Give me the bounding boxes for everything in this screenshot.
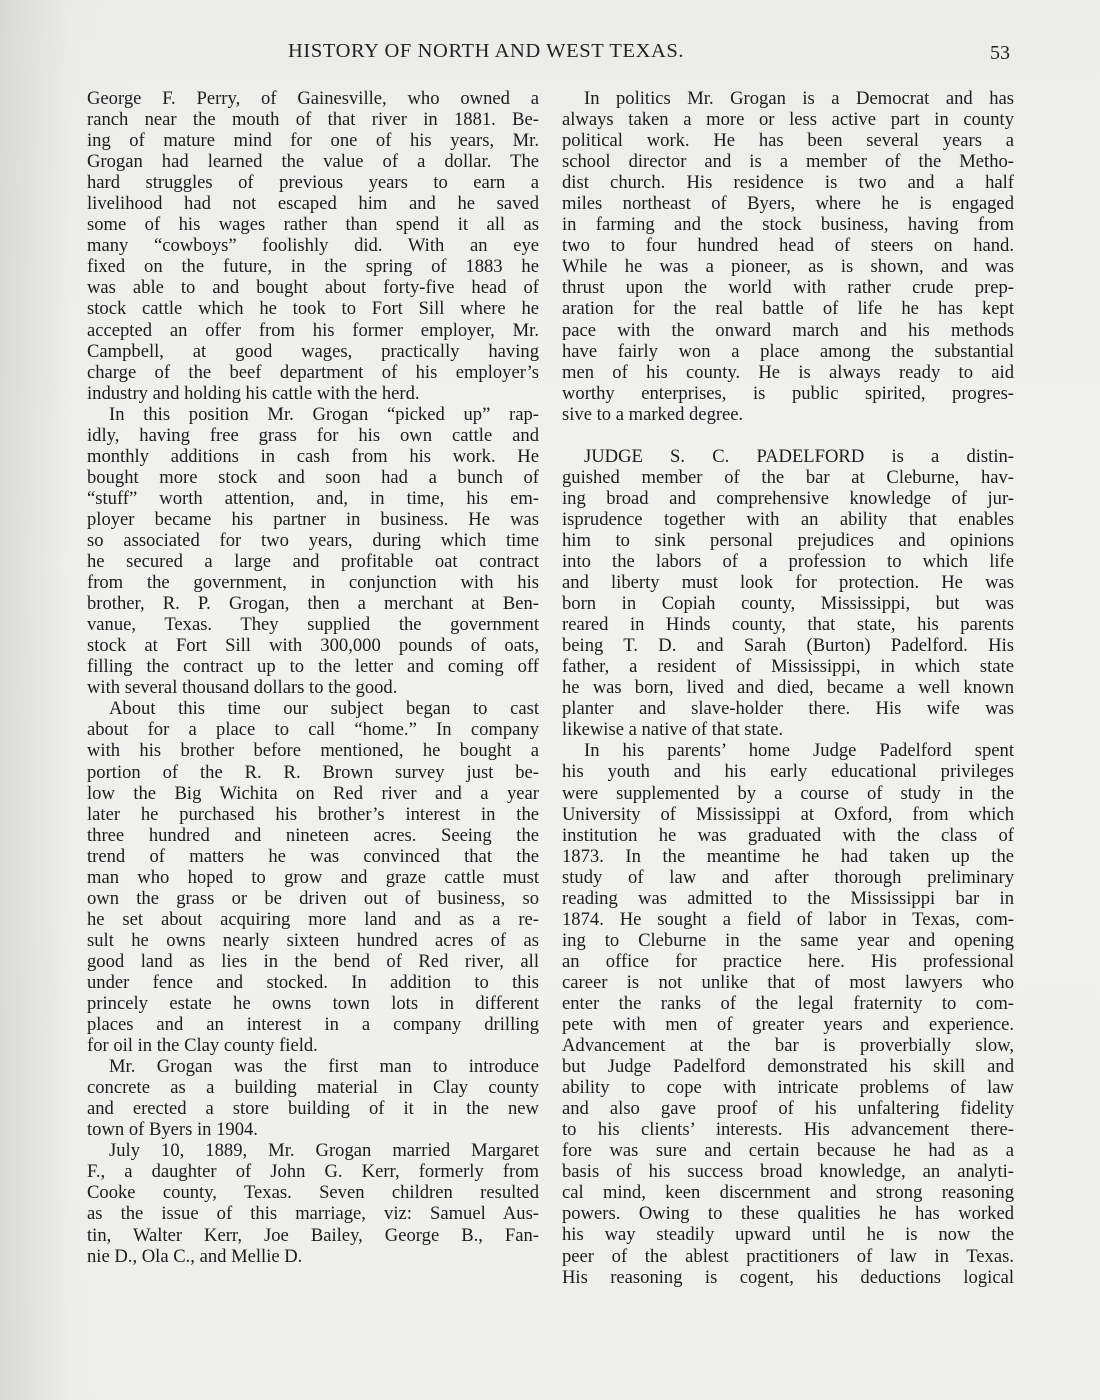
text-line: in farming and the stock business, havin… (562, 214, 1014, 235)
text-line: was able to and bought about forty-five … (87, 277, 539, 298)
text-line: reared in Hinds county, that state, his … (562, 614, 1014, 635)
text-line: concrete as a building material in Clay … (87, 1077, 539, 1098)
page-number: 53 (990, 42, 1010, 65)
text-line: and also gave proof of his unfaltering f… (562, 1098, 1014, 1119)
text-line: study of law and after thorough prelimin… (562, 867, 1014, 888)
text-line: nie D., Ola C., and Mellie D. (87, 1246, 539, 1267)
paragraph: About this time our subject began to cas… (87, 698, 539, 1056)
text-line: thrust upon the world with rather crude … (562, 277, 1014, 298)
text-line: About this time our subject began to cas… (87, 698, 539, 719)
text-line: as the issue of this marriage, viz: Samu… (87, 1203, 539, 1224)
text-line: fore was sure and certain because he had… (562, 1140, 1014, 1161)
text-line: but Judge Padelford demonstrated his ski… (562, 1056, 1014, 1077)
text-line: trend of matters he was convinced that t… (87, 846, 539, 867)
text-line: tin, Walter Kerr, Joe Bailey, George B.,… (87, 1225, 539, 1246)
text-line: ployer became his partner in business. H… (87, 509, 539, 530)
text-line: have fairly won a place among the substa… (562, 341, 1014, 362)
text-line: industry and holding his cattle with the… (87, 383, 539, 404)
text-line: institution he was graduated with the cl… (562, 825, 1014, 846)
text-line: worthy enterprises, is public spirited, … (562, 383, 1014, 404)
text-line: charge of the beef department of his emp… (87, 362, 539, 383)
text-line: In this position Mr. Grogan “picked up” … (87, 404, 539, 425)
text-line: University of Mississippi at Oxford, fro… (562, 804, 1014, 825)
text-line: F., a daughter of John G. Kerr, formerly… (87, 1161, 539, 1182)
text-line: own the grass or be driven out of busine… (87, 888, 539, 909)
text-line: and erected a store building of it in th… (87, 1098, 539, 1119)
paragraph: In politics Mr. Grogan is a Democrat and… (562, 88, 1014, 425)
paragraph: Mr. Grogan was the first man to introduc… (87, 1056, 539, 1140)
paragraph: George F. Perry, of Gainesville, who own… (87, 88, 539, 404)
text-line: idly, having free grass for his own catt… (87, 425, 539, 446)
running-title: HISTORY OF NORTH AND WEST TEXAS. (288, 40, 684, 63)
text-line: always taken a more or less active part … (562, 109, 1014, 130)
text-line: hard struggles of previous years to earn… (87, 172, 539, 193)
text-line: miles northeast of Byers, where he is en… (562, 193, 1014, 214)
text-line: George F. Perry, of Gainesville, who own… (87, 88, 539, 109)
text-line: his way steadily upward until he is now … (562, 1224, 1014, 1245)
text-line: cal mind, keen discernment and strong re… (562, 1182, 1014, 1203)
text-line: While he was a pioneer, as is shown, and… (562, 256, 1014, 277)
text-line: being T. D. and Sarah (Burton) Padelford… (562, 635, 1014, 656)
text-line: political work. He has been several year… (562, 130, 1014, 151)
text-line: with his brother before mentioned, he bo… (87, 740, 539, 761)
text-line: man who hoped to grow and graze cattle m… (87, 867, 539, 888)
text-line: from the government, in conjunction with… (87, 572, 539, 593)
text-line: reading was admitted to the Mississippi … (562, 888, 1014, 909)
text-line: him to sink personal prejudices and opin… (562, 530, 1014, 551)
running-head: HISTORY OF NORTH AND WEST TEXAS. 53 (0, 40, 1100, 70)
paragraph: In his parents’ home Judge Padelford spe… (562, 740, 1014, 1287)
text-line: enter the ranks of the legal fraternity … (562, 993, 1014, 1014)
text-line: two to four hundred head of steers on ha… (562, 235, 1014, 256)
text-line: sult he owns nearly sixteen hundred acre… (87, 930, 539, 951)
text-line: good land as lies in the bend of Red riv… (87, 951, 539, 972)
text-line: In his parents’ home Judge Padelford spe… (562, 740, 1014, 761)
text-line: for oil in the Clay county field. (87, 1035, 539, 1056)
text-line: July 10, 1889, Mr. Grogan married Margar… (87, 1140, 539, 1161)
text-line: bought more stock and soon had a bunch o… (87, 467, 539, 488)
text-line: and liberty must look for protection. He… (562, 572, 1014, 593)
text-line: Cooke county, Texas. Seven children resu… (87, 1182, 539, 1203)
paragraph: July 10, 1889, Mr. Grogan married Margar… (87, 1140, 539, 1266)
text-line: 1874. He sought a field of labor in Texa… (562, 909, 1014, 930)
text-line: dist church. His residence is two and a … (562, 172, 1014, 193)
text-line: pete with men of greater years and exper… (562, 1014, 1014, 1035)
text-line: princely estate he owns town lots in dif… (87, 993, 539, 1014)
paragraph: In this position Mr. Grogan “picked up” … (87, 404, 539, 699)
text-line: “stuff” worth attention, and, in time, h… (87, 488, 539, 509)
text-line: later he purchased his brother’s interes… (87, 804, 539, 825)
text-line: portion of the R. R. Brown survey just b… (87, 762, 539, 783)
text-line: 1873. In the meantime he had taken up th… (562, 846, 1014, 867)
text-line: he was born, lived and died, became a we… (562, 677, 1014, 698)
text-line: three hundred and nineteen acres. Seeing… (87, 825, 539, 846)
text-line: filling the contract up to the letter an… (87, 656, 539, 677)
text-line: men of his county. He is always ready to… (562, 362, 1014, 383)
text-line: under fence and stocked. In addition to … (87, 972, 539, 993)
text-line: so associated for two years, during whic… (87, 530, 539, 551)
text-line: pace with the onward march and his metho… (562, 320, 1014, 341)
text-line: career is not unlike that of most lawyer… (562, 972, 1014, 993)
paragraph-gap (562, 425, 1014, 446)
text-line: he set about acquiring more land and as … (87, 909, 539, 930)
text-line: ing broad and comprehensive knowledge of… (562, 488, 1014, 509)
paragraph: JUDGE S. C. PADELFORD is a distin-guishe… (562, 446, 1014, 741)
text-line: an office for practice here. His profess… (562, 951, 1014, 972)
text-line: stock at Fort Sill with 300,000 pounds o… (87, 635, 539, 656)
text-line: he secured a large and profitable oat co… (87, 551, 539, 572)
text-line: Grogan had learned the value of a dollar… (87, 151, 539, 172)
text-line: likewise a native of that state. (562, 719, 1014, 740)
text-line: JUDGE S. C. PADELFORD is a distin- (562, 446, 1014, 467)
text-line: accepted an offer from his former employ… (87, 320, 539, 341)
text-line: sive to a marked degree. (562, 404, 1014, 425)
text-line: Campbell, at good wages, practically hav… (87, 341, 539, 362)
text-line: his youth and his early educational priv… (562, 761, 1014, 782)
text-line: stock cattle which he took to Fort Sill … (87, 298, 539, 319)
text-line: some of his wages rather than spend it a… (87, 214, 539, 235)
text-line: vanue, Texas. They supplied the governme… (87, 614, 539, 635)
text-line: ranch near the mouth of that river in 18… (87, 109, 539, 130)
text-line: ability to cope with intricate problems … (562, 1077, 1014, 1098)
text-line: low the Big Wichita on Red river and a y… (87, 783, 539, 804)
right-column: In politics Mr. Grogan is a Democrat and… (562, 88, 1014, 1288)
text-line: born in Copiah county, Mississippi, but … (562, 593, 1014, 614)
text-line: Advancement at the bar is proverbially s… (562, 1035, 1014, 1056)
text-line: aration for the real battle of life he h… (562, 298, 1014, 319)
text-line: town of Byers in 1904. (87, 1119, 539, 1140)
text-line: planter and slave-holder there. His wife… (562, 698, 1014, 719)
text-line: powers. Owing to these qualities he has … (562, 1203, 1014, 1224)
text-line: livelihood had not escaped him and he sa… (87, 193, 539, 214)
text-line: Mr. Grogan was the first man to introduc… (87, 1056, 539, 1077)
text-line: to his clients’ interests. His advanceme… (562, 1119, 1014, 1140)
text-line: many “cowboys” foolishly did. With an ey… (87, 235, 539, 256)
text-line: His reasoning is cogent, his deductions … (562, 1267, 1014, 1288)
book-page: HISTORY OF NORTH AND WEST TEXAS. 53 Geor… (0, 0, 1100, 1400)
text-line: guished member of the bar at Cleburne, h… (562, 467, 1014, 488)
text-line: ing of mature mind for one of his years,… (87, 130, 539, 151)
text-line: peer of the ablest practitioners of law … (562, 1246, 1014, 1267)
text-line: basis of his success broad knowledge, an… (562, 1161, 1014, 1182)
text-line: father, a resident of Mississippi, in wh… (562, 656, 1014, 677)
text-line: fixed on the future, in the spring of 18… (87, 256, 539, 277)
text-line: school director and is a member of the M… (562, 151, 1014, 172)
text-line: were supplemented by a course of study i… (562, 783, 1014, 804)
text-line: ing to Cleburne in the same year and ope… (562, 930, 1014, 951)
text-line: into the labors of a profession to which… (562, 551, 1014, 572)
text-line: places and an interest in a company dril… (87, 1014, 539, 1035)
text-line: with several thousand dollars to the goo… (87, 677, 539, 698)
text-line: In politics Mr. Grogan is a Democrat and… (562, 88, 1014, 109)
text-line: about for a place to call “home.” In com… (87, 719, 539, 740)
text-line: monthly additions in cash from his work.… (87, 446, 539, 467)
text-line: brother, R. P. Grogan, then a merchant a… (87, 593, 539, 614)
text-line: isprudence together with an ability that… (562, 509, 1014, 530)
left-column: George F. Perry, of Gainesville, who own… (87, 88, 539, 1267)
